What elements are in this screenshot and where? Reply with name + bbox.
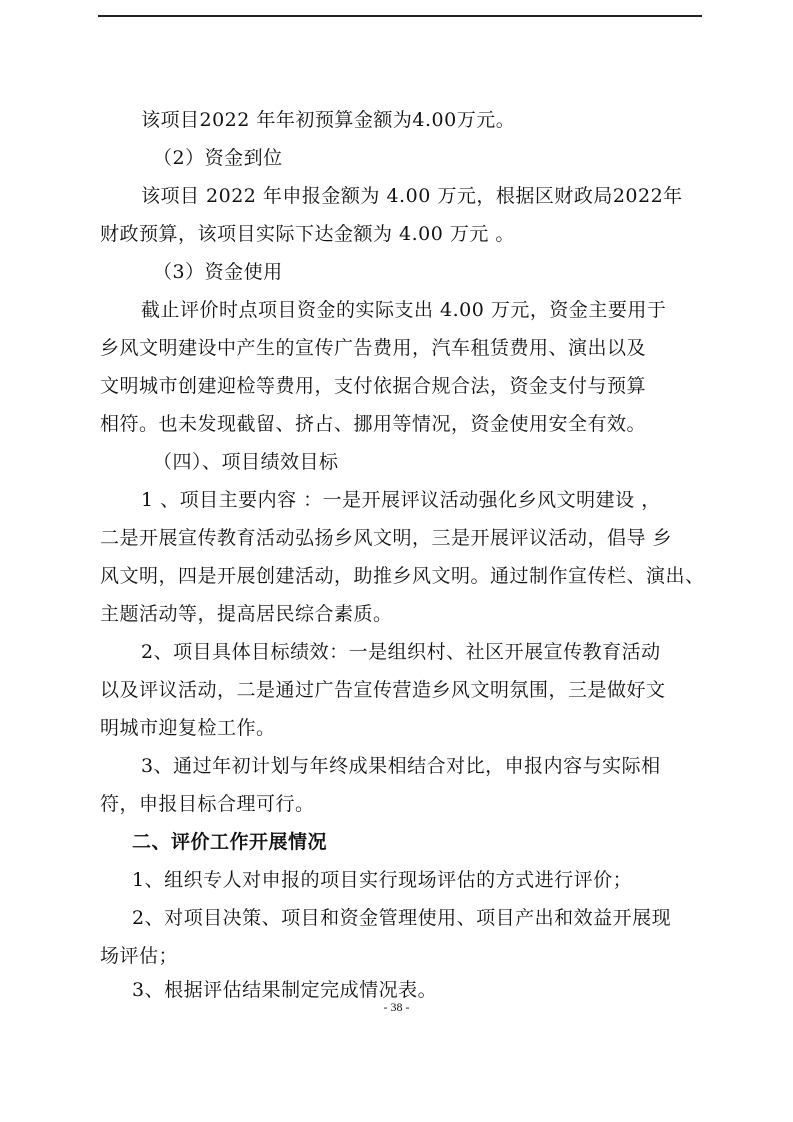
paragraph-funds-usage-4: 相符。也未发现截留、挤占、挪用等情况，资金使用安全有效。	[100, 412, 700, 436]
paragraph-funds-arrival-1: 该项目 2022 年申报金额为 4.00 万元，根据区财政局2022年	[141, 184, 741, 208]
section-heading-evaluation-work: 二、评价工作开展情况	[132, 830, 732, 854]
subheading-funds-usage: （3）资金使用	[153, 260, 753, 284]
paragraph-main-content-2: 二是开展宣传教育活动弘扬乡风文明，三是开展评议活动，倡导 乡	[100, 526, 700, 550]
list-item-evaluation-3: 3、根据评估结果制定完成情况表。	[132, 978, 732, 1002]
paragraph-funds-usage-1: 截止评价时点项目资金的实际支出 4.00 万元，资金主要用于	[141, 298, 741, 322]
list-item-evaluation-1: 1、组织专人对申报的项目实行现场评估的方式进行评价；	[132, 868, 732, 892]
paragraph-funds-arrival-2: 财政预算，该项目实际下达金额为 4.00 万元 。	[100, 222, 700, 246]
paragraph-comparison-2: 符，申报目标合理可行。	[100, 792, 700, 816]
header-rule	[98, 15, 702, 17]
paragraph-specific-goals-3: 明城市迎复检工作。	[100, 716, 700, 740]
paragraph-specific-goals-1: 2、项目具体目标绩效：一是组织村、社区开展宣传教育活动	[141, 640, 741, 664]
page-number: - 38 -	[0, 1000, 793, 1015]
paragraph-budget: 该项目2022 年年初预算金额为4.00万元。	[141, 108, 741, 132]
subheading-funds-arrival: （2）资金到位	[153, 146, 753, 170]
paragraph-main-content-1: 1 、项目主要内容 ：一是开展评议活动强化乡风文明建设 ，	[141, 488, 741, 512]
paragraph-main-content-3: 风文明，四是开展创建活动，助推乡风文明。通过制作宣传栏、演出、	[100, 564, 700, 588]
paragraph-main-content-4: 主题活动等，提高居民综合素质。	[100, 602, 700, 626]
paragraph-funds-usage-2: 乡风文明建设中产生的宣传广告费用，汽车租赁费用、演出以及	[100, 336, 700, 360]
paragraph-comparison-1: 3、通过年初计划与年终成果相结合对比，申报内容与实际相	[141, 754, 741, 778]
paragraph-funds-usage-3: 文明城市创建迎检等费用，支付依据合规合法，资金支付与预算	[100, 374, 700, 398]
paragraph-specific-goals-2: 以及评议活动，二是通过广告宣传营造乡风文明氛围，三是做好文	[100, 678, 700, 702]
subheading-performance-goals: （四）、项目绩效目标	[153, 450, 753, 474]
list-item-evaluation-2-cont: 场评估；	[100, 944, 700, 968]
list-item-evaluation-2: 2、对项目决策、项目和资金管理使用、项目产出和效益开展现	[132, 906, 732, 930]
